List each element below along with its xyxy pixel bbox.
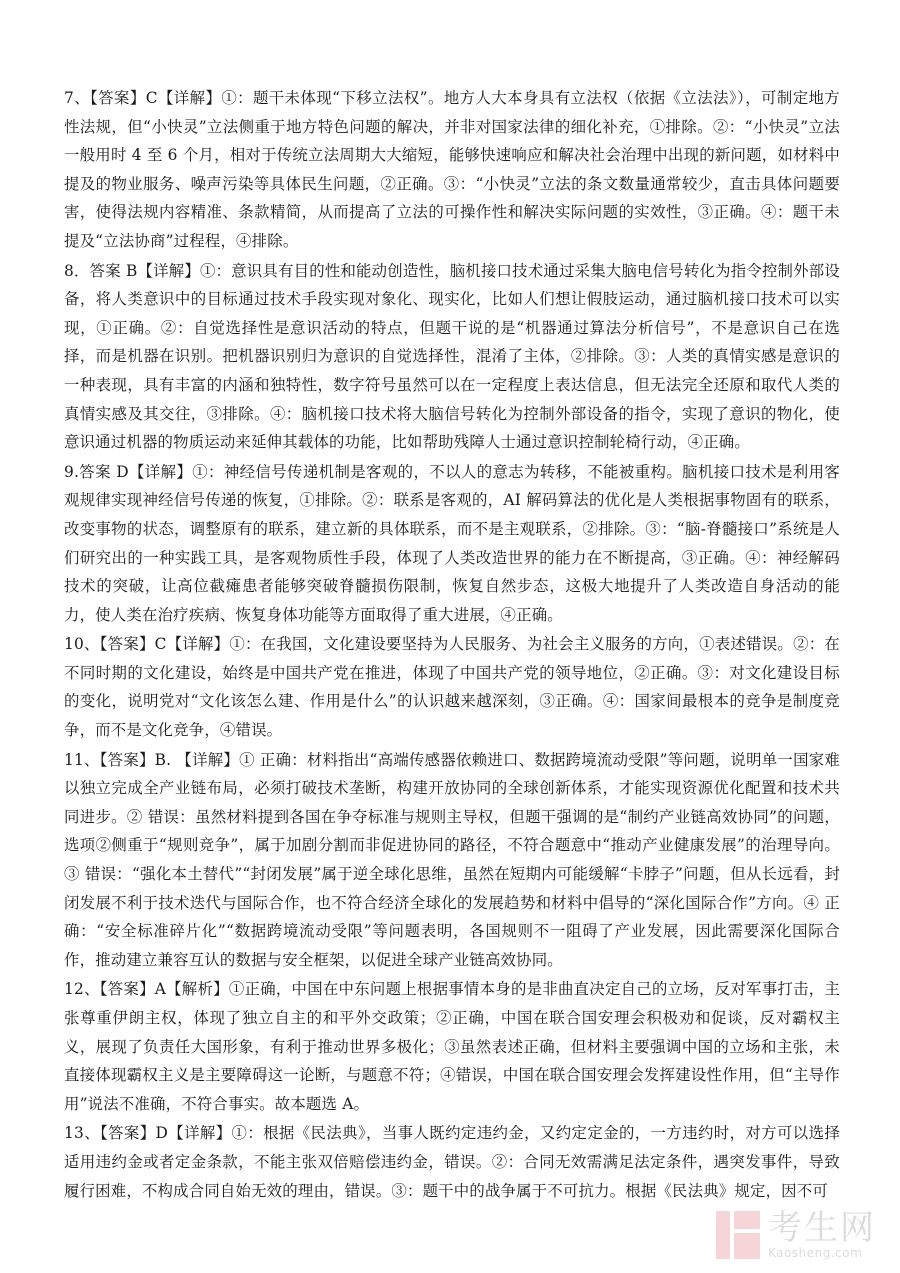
item-label: 【答案】D【详解】 xyxy=(100,1124,232,1142)
item-label: 【答案】A【解析】 xyxy=(100,980,229,998)
watermark-brand-en: Kaosheng.com xyxy=(768,1247,876,1259)
item-explanation: ①：意识具有目的性和能动创造性，脑机接口技术通过采集大脑电信号转化为指令控制外部… xyxy=(64,262,840,452)
answer-item-12: 12、【答案】A【解析】①正确，中国在中东问题上根据事情本身的是非曲直决定自己的… xyxy=(64,975,840,1118)
kaosheng-watermark: 考生网 Kaosheng.com xyxy=(716,1205,886,1265)
item-number: 7、 xyxy=(64,89,90,107)
answer-item-13: 13、【答案】D【详解】①：根据《民法典》，当事人既约定违约金，又约定定金的，一… xyxy=(64,1119,840,1205)
kaosheng-logo-icon xyxy=(716,1211,760,1259)
item-label: 【答案】C【详解】 xyxy=(100,635,230,653)
item-number: 11、 xyxy=(64,751,100,769)
item-number: 12、 xyxy=(64,980,100,998)
item-number: 8． xyxy=(64,262,90,280)
answer-item-10: 10、【答案】C【详解】①：在我国，文化建设要坚持为人民服务、为社会主义服务的方… xyxy=(64,630,840,744)
item-explanation: ①：神经信号传递机制是客观的，不以人的意志为转移，不能被重构。脑机接口技术是利用… xyxy=(64,463,840,624)
item-label: 答案 B【详解】 xyxy=(90,262,200,280)
item-number: 10、 xyxy=(64,635,100,653)
item-label: 【答案】B. 【详解】 xyxy=(100,751,239,769)
item-explanation: ①正确，中国在中东问题上根据事情本身的是非曲直决定自己的立场，反对军事打击，主张… xyxy=(64,980,840,1112)
item-label: 答案 D【详解】 xyxy=(79,463,192,481)
item-explanation: ① 正确：材料指出“高端传感器依赖进口、数据跨境流动受限”等问题，说明单一国家难… xyxy=(64,751,840,969)
watermark-text: 考生网 Kaosheng.com xyxy=(768,1211,876,1259)
item-number: 9. xyxy=(64,463,79,481)
answer-item-8: 8．答案 B【详解】①：意识具有目的性和能动创造性，脑机接口技术通过采集大脑电信… xyxy=(64,257,840,457)
item-explanation: ①：题干未体现“下移立法权”。地方人大本身具有立法权（依据《立法法》），可制定地… xyxy=(64,89,840,250)
answer-item-11: 11、【答案】B. 【详解】① 正确：材料指出“高端传感器依赖进口、数据跨境流动… xyxy=(64,746,840,975)
answer-document: 7、【答案】C【详解】①：题干未体现“下移立法权”。地方人大本身具有立法权（依据… xyxy=(64,84,840,1206)
answer-item-9: 9.答案 D【详解】①：神经信号传递机制是客观的，不以人的意志为转移，不能被重构… xyxy=(64,458,840,630)
item-number: 13、 xyxy=(64,1124,100,1142)
answer-item-7: 7、【答案】C【详解】①：题干未体现“下移立法权”。地方人大本身具有立法权（依据… xyxy=(64,84,840,256)
watermark-brand-cn: 考生网 xyxy=(768,1211,876,1245)
item-label: 【答案】C【详解】 xyxy=(90,89,221,107)
